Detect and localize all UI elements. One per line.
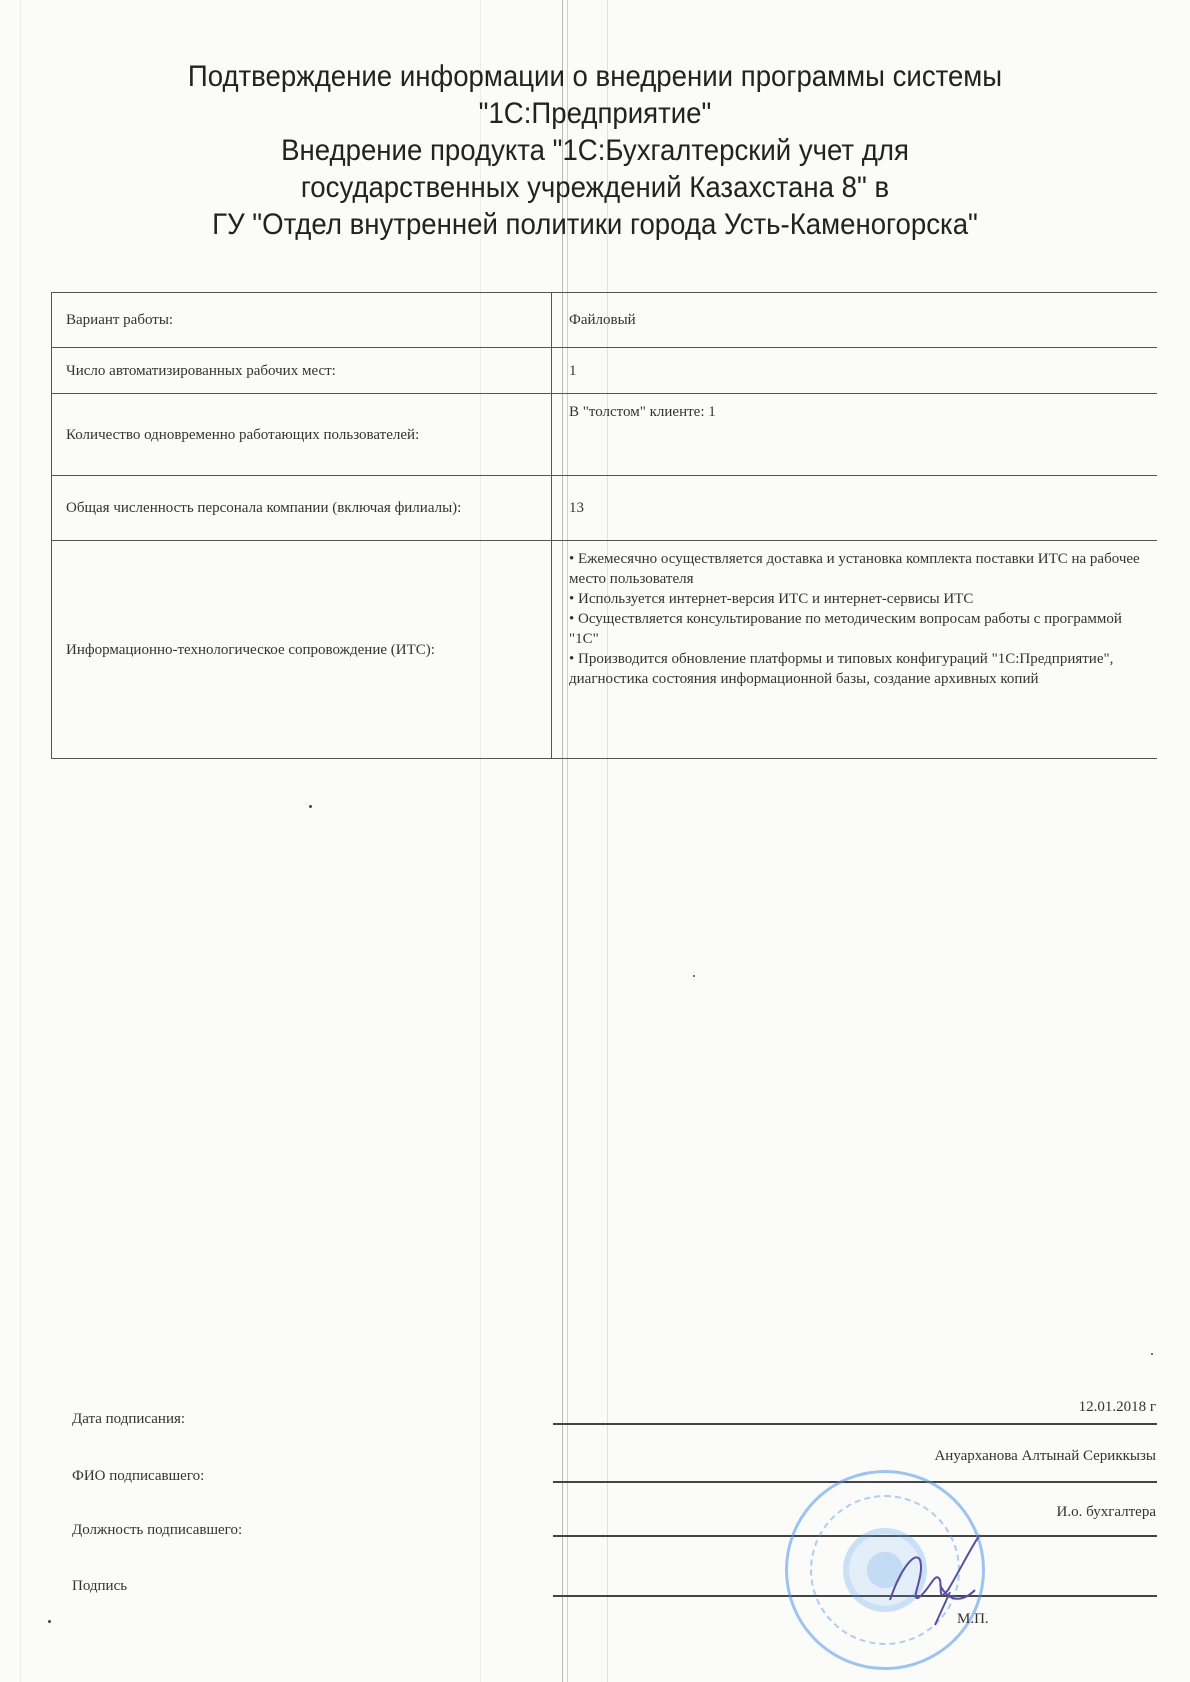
implementation-info-table: Вариант работы: Файловый Число автоматиз…	[51, 292, 1157, 759]
date-value: 12.01.2018 г	[1079, 1399, 1156, 1416]
row-label: Общая численность персонала компании (вк…	[52, 476, 552, 541]
row-value: Файловый	[552, 293, 1158, 348]
title-line: Подтверждение информации о внедрении про…	[48, 58, 1143, 95]
date-label: Дата подписания:	[72, 1411, 185, 1428]
its-services-list: • Ежемесячно осуществляется доставка и у…	[552, 541, 1158, 759]
document-title: Подтверждение информации о внедрении про…	[48, 58, 1143, 243]
scan-speck	[48, 1620, 51, 1623]
position-label: Должность подписавшего:	[72, 1522, 242, 1539]
table-row: Информационно-технологическое сопровожде…	[52, 541, 1158, 759]
table-row: Число автоматизированных рабочих мест: 1	[52, 348, 1158, 394]
table-row: Вариант работы: Файловый	[52, 293, 1158, 348]
signature-label: Подпись	[72, 1578, 127, 1595]
name-label: ФИО подписавшего:	[72, 1468, 204, 1485]
title-line: "1С:Предприятие"	[48, 95, 1143, 132]
scan-artifact-line	[607, 0, 608, 1682]
list-item: • Осуществляется консультирование по мет…	[569, 609, 1143, 649]
list-item: • Производится обновление платформы и ти…	[569, 649, 1143, 689]
scan-artifact	[480, 0, 481, 1682]
list-item: • Ежемесячно осуществляется доставка и у…	[569, 549, 1143, 589]
title-line: государственных учреждений Казахстана 8"…	[48, 169, 1143, 206]
list-item: • Используется интернет-версия ИТС и инт…	[569, 589, 1143, 609]
scan-speck	[693, 975, 695, 977]
scan-artifact	[20, 0, 21, 1682]
name-value: Ануарханова Алтынай Сериккызы	[934, 1448, 1156, 1465]
seal-place-label: М.П.	[957, 1611, 989, 1628]
row-label: Количество одновременно работающих польз…	[52, 394, 552, 476]
row-label: Вариант работы:	[52, 293, 552, 348]
scan-speck	[1151, 1353, 1153, 1355]
row-label: Число автоматизированных рабочих мест:	[52, 348, 552, 394]
row-label: Информационно-технологическое сопровожде…	[52, 541, 552, 759]
title-line: ГУ "Отдел внутренней политики города Уст…	[48, 206, 1143, 243]
row-value: В "толстом" клиенте: 1	[552, 394, 1158, 476]
date-line	[553, 1423, 1157, 1425]
table-row: Общая численность персонала компании (вк…	[52, 476, 1158, 541]
title-line: Внедрение продукта "1С:Бухгалтерский уче…	[48, 132, 1143, 169]
scan-artifact-line	[562, 0, 563, 1682]
row-value: 1	[552, 348, 1158, 394]
table-row: Количество одновременно работающих польз…	[52, 394, 1158, 476]
scan-artifact-line	[567, 0, 568, 1682]
scan-speck	[309, 805, 312, 808]
row-value: 13	[552, 476, 1158, 541]
position-value: И.о. бухгалтера	[1057, 1504, 1156, 1521]
